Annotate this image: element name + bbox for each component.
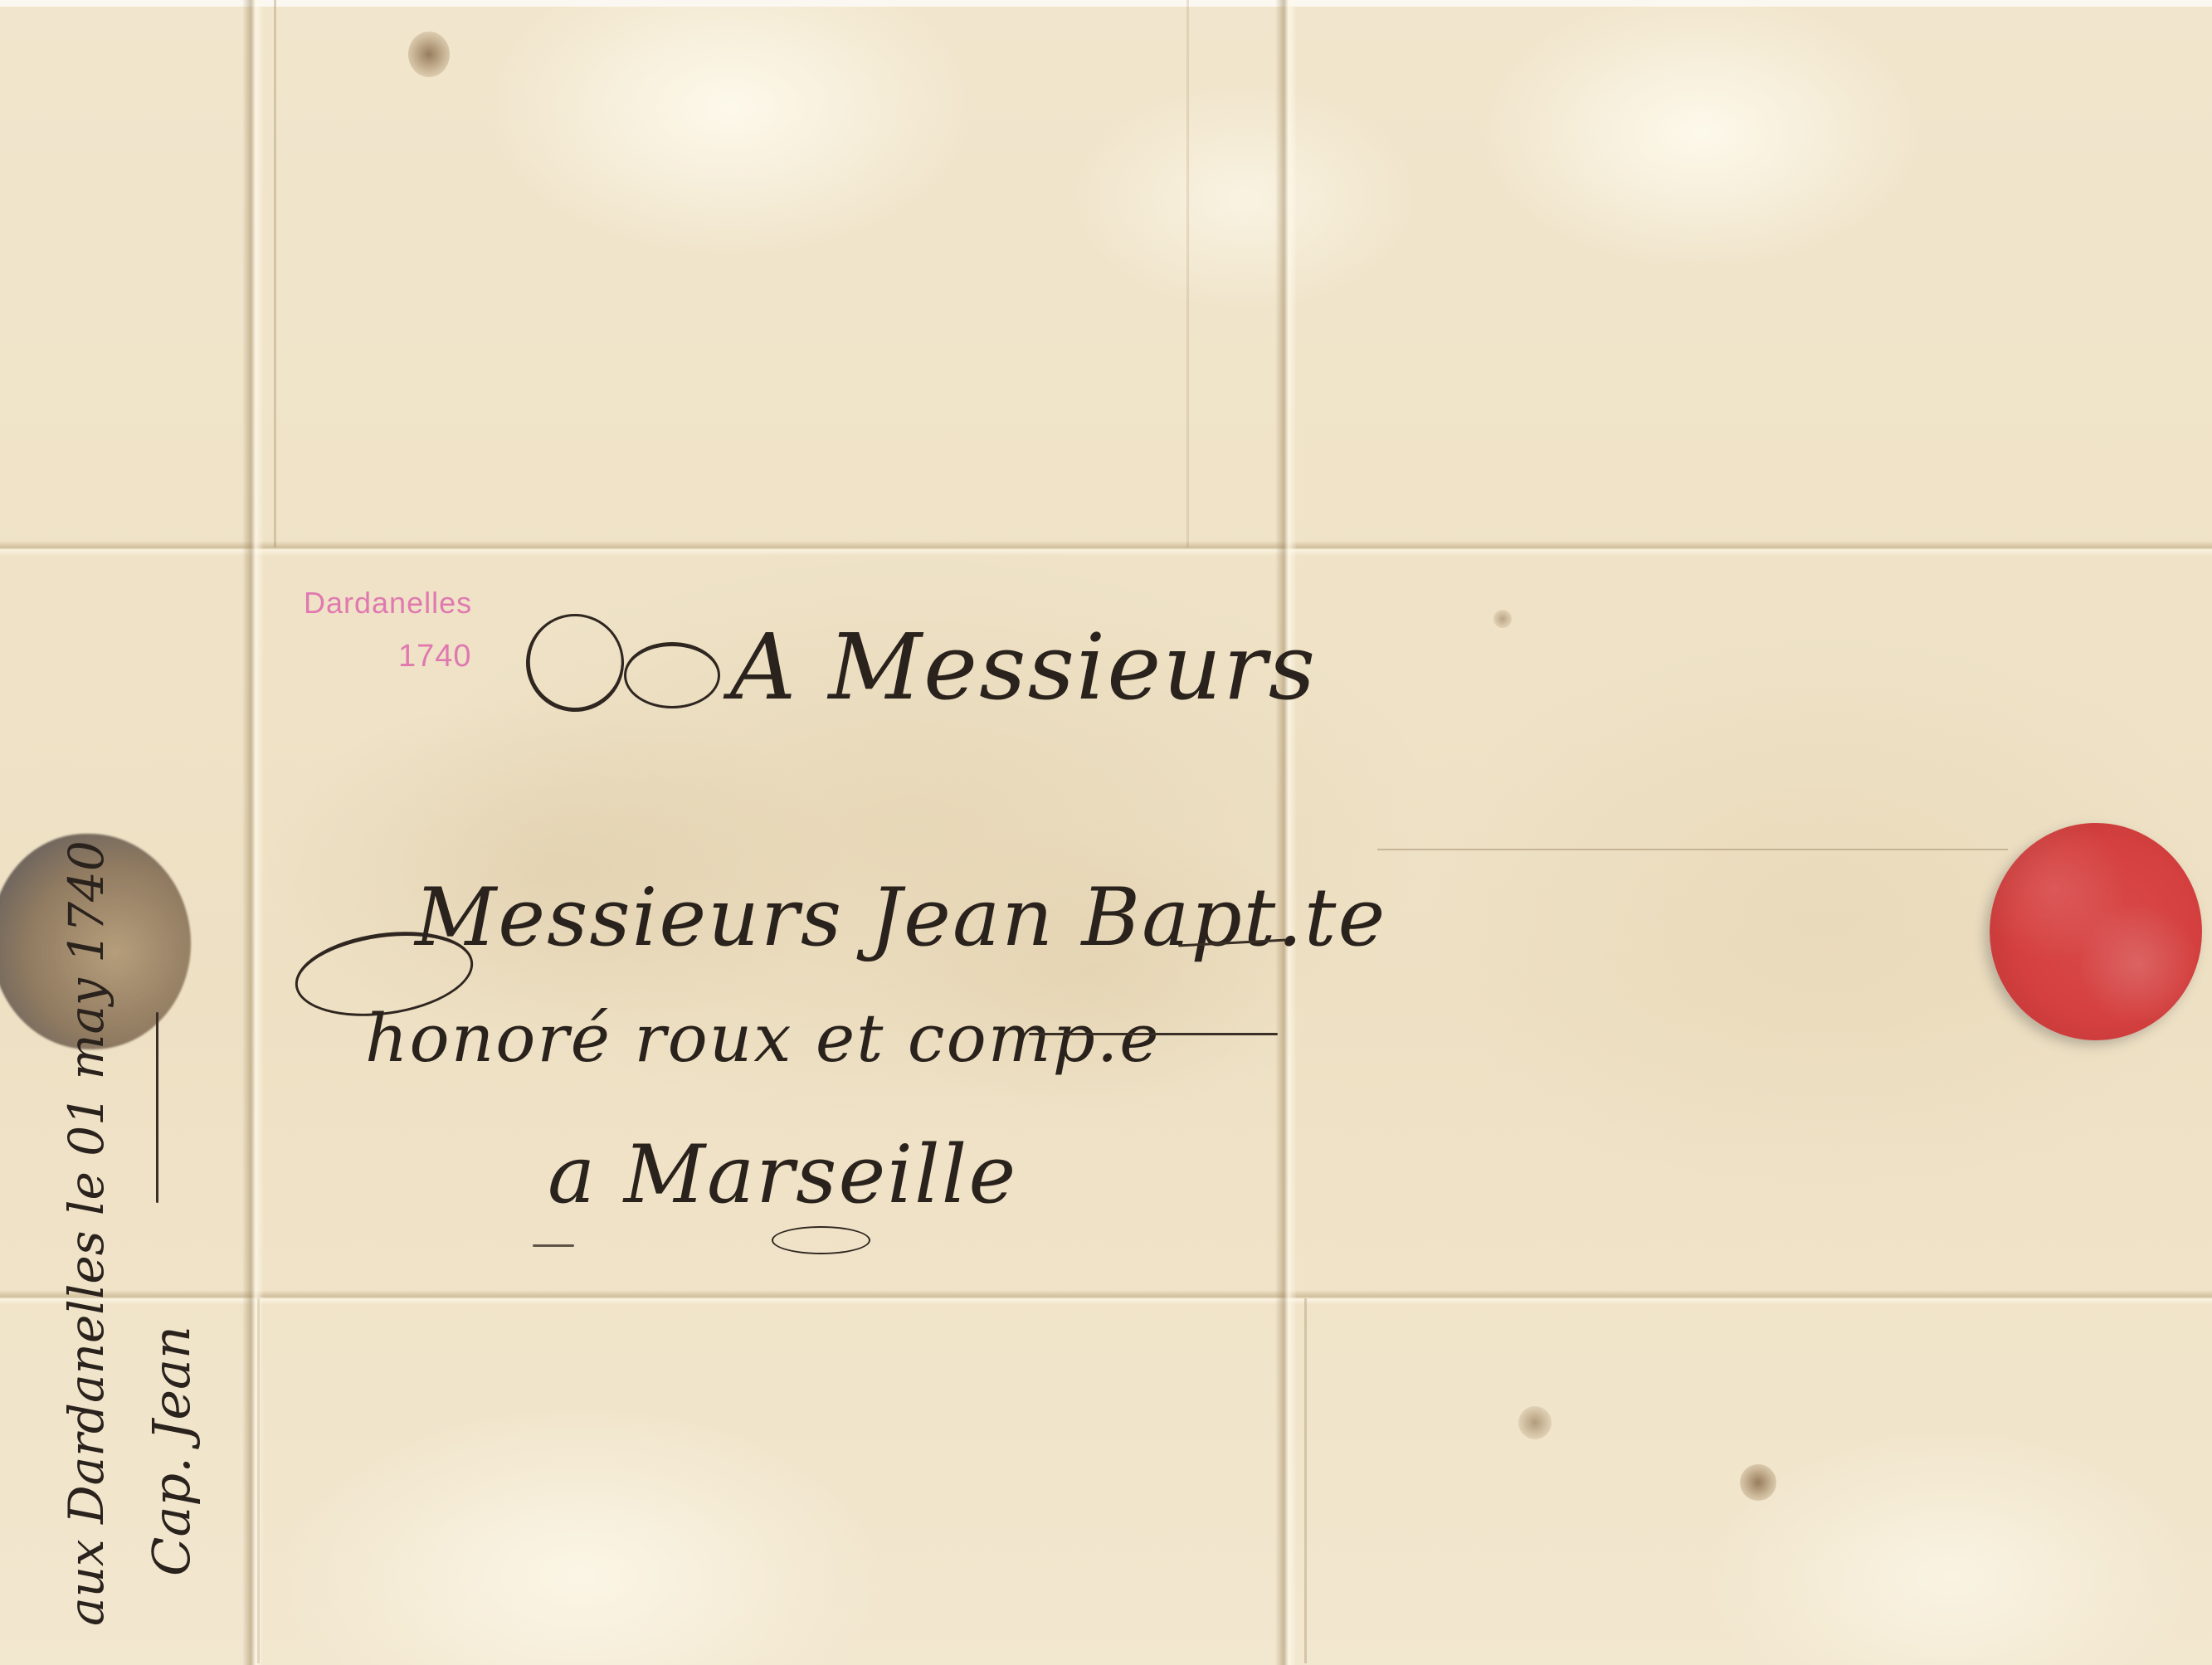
stain-spot bbox=[1740, 1464, 1776, 1501]
pencil-year-annotation: 1740 bbox=[398, 639, 472, 674]
faint-line bbox=[1377, 849, 2008, 850]
docket-line-1: aux Dardanelles le 01 may 1740 bbox=[58, 840, 114, 1626]
fold-left bbox=[242, 0, 264, 1665]
crease-upper-left bbox=[274, 0, 276, 548]
address-line-4: a Marseille bbox=[548, 1128, 1017, 1221]
crease-lower-right bbox=[1304, 1298, 1307, 1663]
paper-top-edge bbox=[0, 0, 2212, 7]
address-line-3: honoré roux et comp.e bbox=[365, 1000, 1161, 1077]
pen-line bbox=[533, 1244, 574, 1247]
letter-sheet: Dardanelles 1740 A Messieurs Messieurs J… bbox=[0, 0, 2212, 1665]
docket-rule bbox=[156, 1012, 158, 1203]
flourish-oval bbox=[624, 642, 720, 708]
stain-spot bbox=[1518, 1406, 1552, 1439]
docket-line-2: Cap. Jean bbox=[141, 1326, 202, 1576]
stain-spot bbox=[408, 32, 450, 77]
stain-spot bbox=[1493, 610, 1512, 628]
pen-line bbox=[1029, 1033, 1278, 1035]
crease-lower-left bbox=[257, 1298, 260, 1663]
flourish-under bbox=[772, 1226, 870, 1254]
address-line-2: Messieurs Jean Bapt.te bbox=[415, 871, 1386, 964]
pencil-place-annotation: Dardanelles bbox=[304, 586, 472, 621]
address-line-1: A Messieurs bbox=[730, 614, 1317, 720]
red-wax-seal bbox=[1990, 823, 2202, 1040]
crease-upper-mid bbox=[1186, 0, 1189, 548]
